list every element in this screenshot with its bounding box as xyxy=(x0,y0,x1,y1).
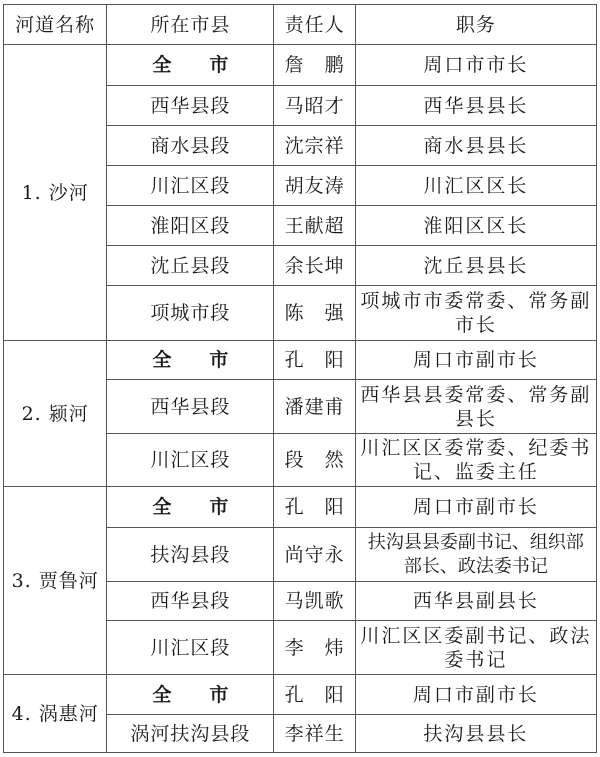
header-duty: 职务 xyxy=(355,5,596,45)
area-cell: 西华县段 xyxy=(107,380,274,434)
area-cell: 西华县段 xyxy=(107,86,274,126)
duty-cell: 周口市市长 xyxy=(355,45,596,86)
area-cell: 全 市 xyxy=(107,45,274,86)
duty-cell: 周口市副市长 xyxy=(355,341,596,380)
area-cell: 商水县段 xyxy=(107,126,274,166)
duty-cell: 川汇区区委常委、纪委书记、监委主任 xyxy=(355,434,596,487)
person-cell: 陈 强 xyxy=(274,286,355,341)
header-area: 所在市县 xyxy=(107,5,274,45)
table-row: 3. 贾鲁河 全 市 孔 阳 周口市副市长 xyxy=(4,487,597,528)
person-cell: 余长坤 xyxy=(274,246,355,286)
table-row: 2. 颍河 全 市 孔 阳 周口市副市长 xyxy=(4,341,597,380)
river-name-cell: 3. 贾鲁河 xyxy=(4,487,107,675)
person-cell: 潘建甫 xyxy=(274,380,355,434)
area-cell: 沈丘县段 xyxy=(107,246,274,286)
header-person: 责任人 xyxy=(274,5,355,45)
person-cell: 孔 阳 xyxy=(274,487,355,528)
header-row: 河道名称 所在市县 责任人 职务 xyxy=(4,5,597,45)
duty-cell: 西华县县长 xyxy=(355,86,596,126)
header-river-name: 河道名称 xyxy=(4,5,107,45)
area-cell: 全 市 xyxy=(107,487,274,528)
duty-cell: 扶沟县县委副书记、组织部部长、政法委书记 xyxy=(355,528,596,582)
area-cell: 全 市 xyxy=(107,341,274,380)
duty-cell: 沈丘县县长 xyxy=(355,246,596,286)
river-name-cell: 4. 涡惠河 xyxy=(4,675,107,753)
river-chief-table: 河道名称 所在市县 责任人 职务 1. 沙河 全 市 詹 鹏 周口市市长 西华县… xyxy=(3,4,597,753)
duty-cell: 淮阳区区长 xyxy=(355,206,596,246)
river-name-cell: 1. 沙河 xyxy=(4,45,107,341)
area-cell: 涡河扶沟县段 xyxy=(107,715,274,753)
area-cell: 川汇区段 xyxy=(107,434,274,487)
duty-cell: 周口市副市长 xyxy=(355,675,596,715)
area-cell: 全 市 xyxy=(107,675,274,715)
area-cell: 川汇区段 xyxy=(107,166,274,206)
duty-cell: 周口市副市长 xyxy=(355,487,596,528)
person-cell: 尚守永 xyxy=(274,528,355,582)
person-cell: 李 炜 xyxy=(274,621,355,675)
river-name-cell: 2. 颍河 xyxy=(4,341,107,487)
area-cell: 西华县段 xyxy=(107,582,274,621)
table-row: 4. 涡惠河 全 市 孔 阳 周口市副市长 xyxy=(4,675,597,715)
person-cell: 马凯歌 xyxy=(274,582,355,621)
person-cell: 段 然 xyxy=(274,434,355,487)
area-cell: 扶沟县段 xyxy=(107,528,274,582)
person-cell: 孔 阳 xyxy=(274,341,355,380)
table-row: 1. 沙河 全 市 詹 鹏 周口市市长 xyxy=(4,45,597,86)
duty-cell: 西华县县委常委、常务副县长 xyxy=(355,380,596,434)
duty-cell: 西华县副县长 xyxy=(355,582,596,621)
person-cell: 胡友涛 xyxy=(274,166,355,206)
area-cell: 淮阳区段 xyxy=(107,206,274,246)
person-cell: 马昭才 xyxy=(274,86,355,126)
person-cell: 王献超 xyxy=(274,206,355,246)
duty-cell: 扶沟县县长 xyxy=(355,715,596,753)
duty-cell: 项城市市委常委、常务副市长 xyxy=(355,286,596,341)
area-cell: 川汇区段 xyxy=(107,621,274,675)
duty-cell: 川汇区区委副书记、政法委书记 xyxy=(355,621,596,675)
duty-cell: 商水县县长 xyxy=(355,126,596,166)
duty-cell: 川汇区区长 xyxy=(355,166,596,206)
person-cell: 詹 鹏 xyxy=(274,45,355,86)
person-cell: 李祥生 xyxy=(274,715,355,753)
person-cell: 孔 阳 xyxy=(274,675,355,715)
area-cell: 项城市段 xyxy=(107,286,274,341)
person-cell: 沈宗祥 xyxy=(274,126,355,166)
